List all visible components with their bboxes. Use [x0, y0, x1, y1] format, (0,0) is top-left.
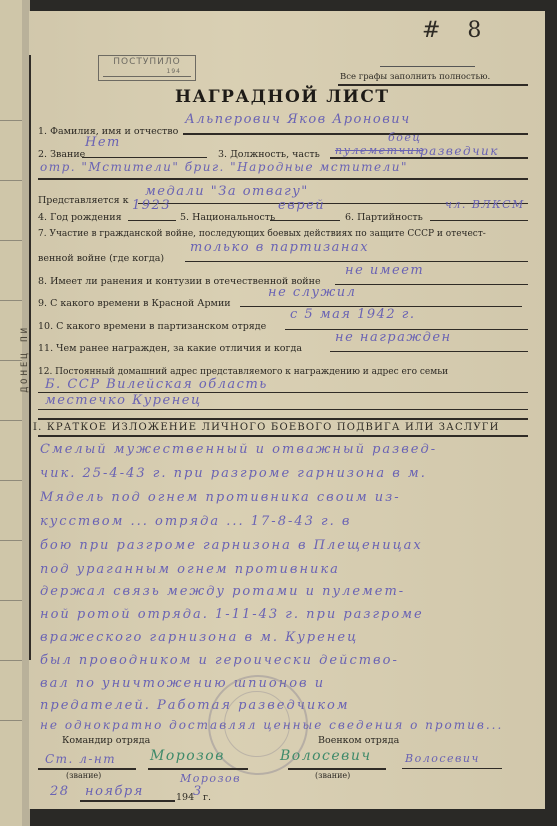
- field-line-rank: [82, 157, 207, 158]
- commissar-signature: Волосевич: [280, 748, 372, 764]
- mark-underline: [380, 66, 475, 67]
- side-label: ДОНЕЦ ПИ: [20, 325, 32, 392]
- field-value-position: разведчик: [420, 144, 499, 158]
- document-title: НАГРАДНОЙ ЛИСТ: [175, 87, 390, 107]
- narrative-line: чик. 25-4-43 г. при разгроме гарнизона в…: [40, 466, 427, 481]
- field-value-position-struck: пулеметчик: [335, 144, 424, 157]
- field-value-award: медали "За отвагу": [145, 184, 309, 199]
- field-line-address-2: [38, 409, 528, 410]
- binding-rule: [0, 720, 22, 721]
- field-line-war-participation: [185, 261, 528, 262]
- field-value-war-participation: только в партизанах: [190, 240, 369, 255]
- binding-strip: [0, 0, 22, 826]
- section-heading-underline: [38, 435, 528, 437]
- commander-label: Командир отряда: [62, 735, 150, 746]
- narrative-line: ной ротой отряда. 1-11-43 г. при разгром…: [40, 607, 424, 622]
- field-value-partisan-since: с 5 мая 1942 г.: [290, 307, 416, 322]
- commissar-signature-line: [402, 768, 502, 769]
- received-stamp: ПОСТУПИЛО 194: [98, 55, 196, 81]
- binding-rule: [0, 420, 22, 421]
- field-label-party: 6. Партийность: [345, 212, 423, 223]
- field-line-previous-awards: [330, 351, 528, 352]
- field-label-previous-awards: 11. Чем ранее награжден, за какие отличи…: [38, 343, 302, 354]
- field-value-birth-year: 1923: [132, 198, 171, 213]
- field-value-position-correction: боец: [388, 131, 422, 144]
- field-label-position: 3. Должность, часть: [218, 149, 320, 160]
- field-label-award: Представляется к: [38, 195, 129, 206]
- field-line-name: [183, 133, 528, 135]
- narrative-line: бою при разгроме гарнизона в Плещеницах: [40, 538, 423, 553]
- field-value-previous-awards: не награжден: [335, 330, 452, 345]
- field-label-address: 12. Постоянный домашний адрес представля…: [38, 367, 448, 377]
- field-value-position-line2: отр. "Мстители" бриг. "Народные мстители…: [40, 160, 408, 174]
- date-day: 28: [50, 784, 70, 799]
- binding-rule: [0, 600, 22, 601]
- field-label-war-participation-2: венной войне (где когда): [38, 253, 164, 264]
- field-value-name: Альперович Яков Аронович: [185, 112, 411, 127]
- field-label-rank: 2. Звание: [38, 149, 85, 160]
- binding-rule: [0, 300, 22, 301]
- narrative-line: кусством ... отряда ... 17-8-43 г. в: [40, 514, 351, 529]
- narrative-line: под ураганным огнем противника: [40, 562, 340, 577]
- narrative-line: Смелый мужественный и отважный развед-: [40, 442, 437, 457]
- section-heading: I. КРАТКОЕ ИЗЛОЖЕНИЕ ЛИЧНОГО БОЕВОГО ПОД…: [33, 422, 500, 433]
- binding-rule: [0, 660, 22, 661]
- page-number-mark: # 8: [422, 18, 491, 43]
- field-value-nationality: еврей: [278, 198, 325, 213]
- binding-rule: [0, 120, 22, 121]
- instruction-text: Все графы заполнить полностью.: [340, 72, 490, 82]
- field-value-rank: Нет: [85, 135, 121, 150]
- binding-rule: [0, 540, 22, 541]
- field-value-address-line2: местечко Куренец: [45, 393, 202, 408]
- commissar-label: Военком отряда: [318, 735, 399, 746]
- commander-rank: Ст. л-нт: [45, 752, 116, 766]
- date-suffix: г.: [203, 792, 211, 803]
- binding-rule: [0, 480, 22, 481]
- narrative-line: держал связь между ротами и пулемет-: [40, 584, 405, 599]
- binding-rule: [0, 240, 22, 241]
- field-label-partisan-since: 10. С какого времени в партизанском отря…: [38, 321, 266, 332]
- field-line-wounds: [335, 284, 528, 285]
- field-line-position: [330, 157, 528, 159]
- field-value-party: чл. ВЛКСМ: [445, 198, 525, 211]
- narrative-line: вражеского гарнизона в м. Куренец: [40, 630, 358, 645]
- commander-rank-line: [38, 768, 136, 770]
- instruction-underline: [338, 84, 528, 86]
- field-value-address: Б. ССР Вилейская область: [45, 377, 268, 392]
- field-line-position-2: [38, 178, 528, 180]
- date-month: ноября: [85, 784, 144, 799]
- binding-rule: [0, 180, 22, 181]
- field-value-red-army: не служил: [268, 285, 356, 300]
- narrative-line: был проводником и героически действо-: [40, 653, 399, 668]
- section-divider: [38, 418, 528, 420]
- narrative-line: Мядель под огнем противника своим из-: [40, 490, 401, 505]
- field-line-birth-year: [128, 220, 176, 221]
- field-label-red-army: 9. С какого времени в Красной Армии: [38, 298, 231, 309]
- commander-rank-caption: (звание): [66, 771, 101, 780]
- field-value-wounds: не имеет: [345, 263, 424, 278]
- stamp-year: 194: [167, 66, 181, 78]
- field-label-war-participation: 7. Участие в гражданской войне, последую…: [38, 229, 486, 239]
- date-year-suffix: 3: [193, 784, 203, 799]
- field-label-birth-year: 4. Год рождения: [38, 212, 122, 223]
- commissar-rank-line: [288, 768, 386, 770]
- commissar-name: Волосевич: [405, 752, 480, 765]
- commander-signature-line: [148, 768, 248, 770]
- binding-rule: [0, 360, 22, 361]
- commissar-rank-caption: (звание): [315, 771, 350, 780]
- field-label-nationality: 5. Национальность: [180, 212, 275, 223]
- field-line-nationality: [270, 220, 340, 221]
- commander-signature: Морозов: [150, 748, 225, 764]
- date-month-line: [80, 800, 175, 802]
- field-line-party: [430, 220, 528, 221]
- commander-name: Морозов: [180, 772, 241, 785]
- date-year-prefix: 194: [176, 792, 194, 803]
